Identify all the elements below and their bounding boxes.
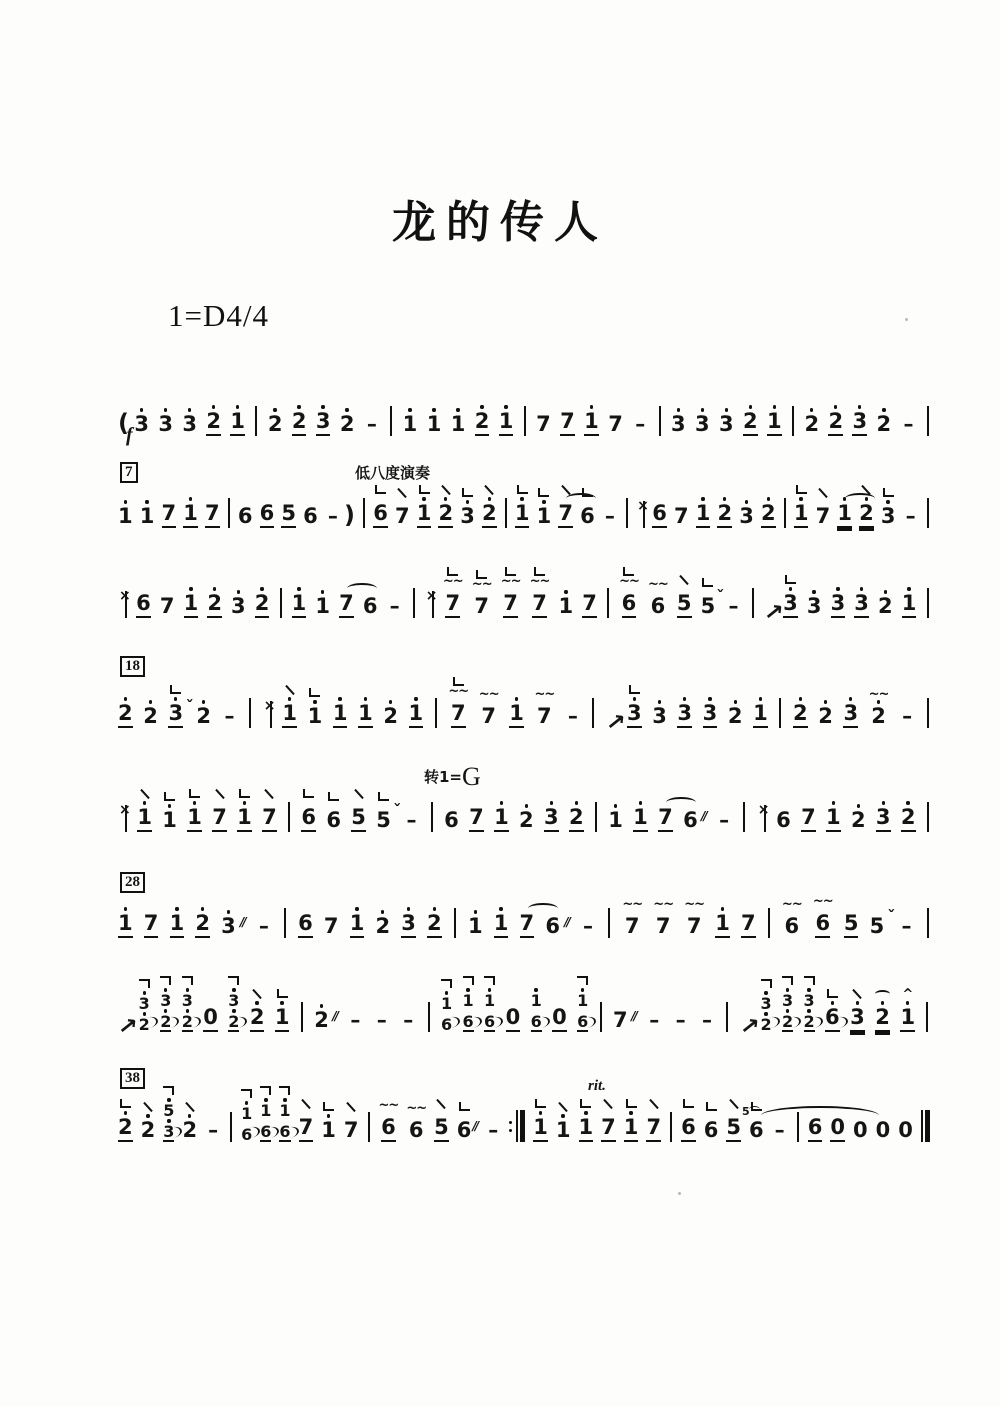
note-digit: 0 xyxy=(506,1006,521,1032)
note-digit: 2 xyxy=(141,1119,156,1142)
note-digit: 6 xyxy=(785,915,800,938)
barline xyxy=(363,498,365,528)
mark-row xyxy=(706,1093,717,1113)
note-digit: 1 xyxy=(499,410,514,436)
note-digit: 1 xyxy=(333,702,348,728)
mark-row: ~~ xyxy=(379,1090,399,1110)
note-digit: 5 xyxy=(376,809,391,832)
note-digit: 3 xyxy=(703,702,718,728)
note: 2 xyxy=(427,886,442,938)
note-digit: 3 xyxy=(221,915,236,938)
note-digit: 3 xyxy=(168,702,183,728)
note: 1 xyxy=(608,783,623,832)
mark-row xyxy=(323,1093,334,1113)
arpeggio-hook xyxy=(449,1015,461,1028)
note-digit: 2 xyxy=(878,595,893,618)
final-barline xyxy=(921,1110,930,1142)
dash-sustain: – xyxy=(374,1009,390,1032)
dash-sustain: – xyxy=(673,1009,689,1032)
note-digit: 6 xyxy=(815,912,830,938)
note: 2 xyxy=(728,679,743,728)
barline xyxy=(428,1002,430,1032)
note-digit: 6 xyxy=(238,505,253,528)
note: 2 xyxy=(804,387,819,436)
chord-stack: 32 xyxy=(182,967,193,1032)
note: ~~6 xyxy=(406,1093,426,1142)
mark-row xyxy=(120,1090,131,1110)
note: 1 xyxy=(624,1090,639,1142)
dash-glyph: – xyxy=(222,705,238,728)
chord-top-digit: 1 xyxy=(531,993,542,1008)
note: 1 xyxy=(633,780,648,832)
note-digit: 1 xyxy=(533,1116,548,1142)
note: 2 xyxy=(877,387,892,436)
note: 3 xyxy=(168,676,183,728)
mark-row xyxy=(804,967,815,987)
gou-mark xyxy=(170,685,181,694)
note-digit: 3 xyxy=(852,410,867,436)
note: ~~6 xyxy=(379,1090,399,1142)
note-digit: 3 xyxy=(719,413,734,436)
note: 1 xyxy=(409,676,424,728)
mark-row xyxy=(483,476,495,496)
mark-row xyxy=(459,1093,470,1113)
note: 5 xyxy=(376,783,391,832)
dash-glyph: – xyxy=(364,413,380,436)
note: 3 xyxy=(134,387,149,436)
mark-row xyxy=(345,1093,357,1113)
note-digit: 0 xyxy=(898,1119,913,1142)
tremolo-wavy: ~~ xyxy=(648,581,668,589)
note-digit: 1 xyxy=(358,702,373,728)
note-digit: 1 xyxy=(753,702,768,728)
barline xyxy=(626,498,628,528)
note: 6 xyxy=(457,1093,472,1142)
dash-sustain: – xyxy=(387,595,403,618)
note: 7 xyxy=(613,983,628,1032)
note-digit: 3 xyxy=(652,705,667,728)
note-digit: 1 xyxy=(624,1116,639,1142)
mark-row xyxy=(817,479,829,499)
note: 65 xyxy=(749,1093,764,1142)
note: 6 xyxy=(825,980,840,1032)
note-digit: 2 xyxy=(875,1006,890,1032)
tremolo-wavy: ~~ xyxy=(530,578,550,586)
mark-row: ~~ xyxy=(448,676,468,696)
note-digit: 2 xyxy=(482,502,497,528)
rest-note: 0 xyxy=(898,1093,913,1142)
measure-number-badge: 18 xyxy=(120,656,145,677)
note-digit: 7 xyxy=(395,505,410,528)
dash-sustain: – xyxy=(347,1009,363,1032)
mark-row xyxy=(284,676,296,696)
note: 3 xyxy=(671,387,686,436)
repeat-dots xyxy=(509,1110,512,1142)
repeat-dot xyxy=(509,1121,512,1124)
note: 6 xyxy=(260,476,275,528)
note-digit: 1 xyxy=(515,502,530,528)
note: 3 xyxy=(831,566,846,618)
note-digit: 7 xyxy=(481,705,496,728)
note-digit: 3 xyxy=(695,413,710,436)
music-line-6: 17123//–6712321176//–~~7~~7~~717~~6~~655… xyxy=(118,872,930,938)
mark-row xyxy=(163,1077,174,1097)
mark-row xyxy=(785,566,796,586)
note-digit: 7 xyxy=(558,502,573,528)
mark-row: ~~ xyxy=(501,566,521,586)
barline xyxy=(595,802,597,832)
pi-mark xyxy=(649,1099,659,1109)
chord-top-digit: 3 xyxy=(139,996,150,1011)
rest-note: 0 xyxy=(552,980,567,1032)
note-digit: 6 xyxy=(681,1116,696,1142)
note-digit: 1 xyxy=(403,413,418,436)
note-digit: 1 xyxy=(409,702,424,728)
note: ~~6 xyxy=(813,886,833,938)
note-digit: 1 xyxy=(321,1119,336,1142)
note: ~~6 xyxy=(648,569,668,618)
note-digit: 7 xyxy=(299,1116,314,1142)
note: 3 xyxy=(881,479,896,528)
note-digit: 2 xyxy=(877,413,892,436)
note-digit: 3 xyxy=(843,702,858,728)
dash-sustain: – xyxy=(602,505,618,528)
mark-row xyxy=(629,676,640,696)
note: 3 xyxy=(876,780,891,832)
note: 7 xyxy=(658,780,673,832)
mark-row xyxy=(441,970,452,990)
note-digit: 7 xyxy=(646,1116,661,1142)
dash-sustain: – xyxy=(205,1119,221,1142)
note: 1 xyxy=(494,886,509,938)
dash-glyph: – xyxy=(899,705,915,728)
note-digit: 7 xyxy=(344,1119,359,1142)
mark-row xyxy=(463,967,474,987)
note-digit: 2 xyxy=(207,592,222,618)
chord-stack: 16 xyxy=(531,967,542,1032)
dash-sustain: – xyxy=(646,1009,662,1032)
mark-row xyxy=(279,1077,290,1097)
note-digit: 6 xyxy=(580,505,595,528)
note: 3 xyxy=(652,679,667,728)
tremolo-wavy: ~~ xyxy=(472,581,492,589)
pi-mark xyxy=(485,485,495,495)
note: 7 xyxy=(299,1090,314,1142)
chord-top-digit: 1 xyxy=(260,1103,271,1118)
note-digit: 1 xyxy=(282,702,297,728)
note: 6 xyxy=(303,479,318,528)
glissando-arrow-icon: ↗ xyxy=(739,1015,760,1039)
mark-row xyxy=(189,780,200,800)
note-digit: 1 xyxy=(187,806,202,832)
note-digit: 2 xyxy=(438,502,453,528)
barline xyxy=(743,802,745,832)
chord-stack: 16 xyxy=(577,967,588,1032)
note: 3 xyxy=(854,566,869,618)
slur-arc xyxy=(528,903,558,914)
gou-mark xyxy=(303,789,314,798)
mark-row xyxy=(648,1090,660,1110)
gou-mark xyxy=(626,1099,637,1108)
gou-mark xyxy=(683,1099,694,1108)
note-digit: 2 xyxy=(118,702,133,728)
piece-title: 龙的传人 xyxy=(0,186,1000,250)
gou-mark xyxy=(323,1102,334,1111)
tremolo-wavy: ~~ xyxy=(448,688,468,696)
dash-sustain: – xyxy=(725,595,741,618)
note-digit: 1 xyxy=(350,912,365,938)
mark-row: ~~ xyxy=(530,566,550,586)
dash-glyph: – xyxy=(602,505,618,528)
chord-top-digit: 1 xyxy=(484,993,495,1008)
note: 1 xyxy=(417,476,432,528)
note: ~~7 xyxy=(448,676,468,728)
dash-sustain: – xyxy=(325,505,341,528)
note-digit: 7 xyxy=(162,502,177,528)
gou-mark xyxy=(883,488,894,497)
note: 7 xyxy=(395,479,410,528)
mark-row xyxy=(353,780,365,800)
note: 6 xyxy=(704,1093,719,1142)
dash-sustain: – xyxy=(716,809,732,832)
pi-mark xyxy=(265,789,275,799)
chord-top-digit: 1 xyxy=(279,1103,290,1118)
mark-row xyxy=(170,676,181,696)
pi-mark xyxy=(354,789,364,799)
chord-stack: 16 xyxy=(463,967,474,1032)
note: 1 xyxy=(315,569,330,618)
barline xyxy=(301,1002,303,1032)
slur-arc xyxy=(666,797,696,808)
note: 7 xyxy=(212,780,227,832)
note-digit: 1 xyxy=(900,1006,915,1032)
note: 1 xyxy=(499,384,514,436)
gou-mark xyxy=(459,1102,470,1111)
note: 3 xyxy=(158,387,173,436)
note: 2 xyxy=(901,780,916,832)
note-digit: 7 xyxy=(560,410,575,436)
modulation-prefix: 转1= xyxy=(424,768,462,786)
note: 7 xyxy=(560,384,575,436)
tremolo-wavy: ~~ xyxy=(619,578,639,586)
note-digit: 7 xyxy=(656,915,671,938)
note-digit: 2 xyxy=(250,1006,265,1032)
pi-mark xyxy=(729,1099,739,1109)
dash-sustain: – xyxy=(222,705,238,728)
chord-top-digit: 3 xyxy=(804,993,815,1008)
note-digit: 7 xyxy=(445,592,460,618)
barline-thick xyxy=(925,1110,930,1142)
note-digit: 3 xyxy=(881,505,896,528)
note-digit: 3 xyxy=(627,702,642,728)
note: 6 xyxy=(298,886,313,938)
tremolo-wavy: ~~ xyxy=(501,578,521,586)
note-digit: 1 xyxy=(608,809,623,832)
measure-number-badge: 7 xyxy=(120,462,138,483)
note-digit: 1 xyxy=(559,595,574,618)
note-digit: 7 xyxy=(144,912,159,938)
pi-mark xyxy=(252,989,262,999)
note: 7 xyxy=(520,886,535,938)
note: 2 xyxy=(292,384,307,436)
note: 1 xyxy=(230,384,245,436)
dacuo-mark xyxy=(163,1086,174,1095)
pi-mark xyxy=(558,1102,568,1112)
dash-glyph: – xyxy=(725,595,741,618)
note: 3 xyxy=(316,384,331,436)
note-digit: 7 xyxy=(451,702,466,728)
mark-row xyxy=(378,783,389,803)
mark-row xyxy=(827,980,838,1000)
note: 1 xyxy=(137,780,152,832)
chord-stack: 16 xyxy=(441,970,452,1032)
note: 5 xyxy=(844,886,859,938)
dash-glyph: – xyxy=(400,1009,416,1032)
dash-sustain: – xyxy=(404,809,420,832)
mark-row: ~~ xyxy=(479,679,499,699)
note-digit: 7 xyxy=(687,915,702,938)
slur-arc xyxy=(347,583,377,594)
note-digit: 7 xyxy=(801,806,816,832)
mark-row xyxy=(241,1080,252,1100)
note: 1 xyxy=(515,476,530,528)
note: 2 xyxy=(182,1093,197,1142)
note: 2 xyxy=(314,983,329,1032)
sheet-music-page: 龙的传人 1=D4/4 (333212232–111217717–3332122… xyxy=(0,0,1000,1406)
dash-glyph: – xyxy=(404,809,420,832)
note-digit: 6 xyxy=(260,502,275,528)
note-digit: 0 xyxy=(203,1006,218,1032)
mark-row xyxy=(484,967,495,987)
mark-row xyxy=(535,1090,546,1110)
note: 2 xyxy=(818,679,833,728)
note-digit: 3 xyxy=(850,1006,865,1032)
slide-down-mark: ˇ xyxy=(716,587,724,606)
barline xyxy=(230,1112,232,1142)
dash-glyph: – xyxy=(716,809,732,832)
note: 1 xyxy=(187,780,202,832)
note: 2 xyxy=(195,886,210,938)
note-digit: 1 xyxy=(494,912,509,938)
note: 7 xyxy=(160,569,175,618)
barline xyxy=(228,498,230,528)
modulation-key: G xyxy=(462,762,481,791)
dash-glyph: – xyxy=(673,1009,689,1032)
note: 5 xyxy=(701,569,716,618)
note-digit: 1 xyxy=(468,915,483,938)
pi-mark xyxy=(853,989,863,999)
note-digit: 1 xyxy=(794,502,809,528)
dash-sustain: – xyxy=(565,705,581,728)
note: ~~7 xyxy=(684,889,704,938)
note-digit: 1 xyxy=(715,912,730,938)
note: 2 xyxy=(375,889,390,938)
barline xyxy=(255,406,257,436)
barline xyxy=(927,802,929,832)
note-digit: 1 xyxy=(170,912,185,938)
dacuo-mark xyxy=(160,976,171,985)
barline xyxy=(927,588,929,618)
arpeggio-hook xyxy=(790,1015,802,1028)
note-digit: 1 xyxy=(275,1006,290,1032)
dacuo-mark xyxy=(484,976,495,985)
gou-mark xyxy=(580,1099,591,1108)
mark-row xyxy=(251,980,263,1000)
pi-mark xyxy=(398,488,408,498)
note-digit: 3 xyxy=(231,595,246,618)
gou-mark xyxy=(785,575,796,584)
note: 1 xyxy=(794,476,809,528)
chord-top-digit: 3 xyxy=(182,993,193,1008)
mark-row xyxy=(875,980,890,1000)
measure-number-badge: 38 xyxy=(120,1068,145,1089)
note: 1 xyxy=(468,889,483,938)
chord-stack: 32 xyxy=(139,970,150,1032)
dacuo-mark xyxy=(804,976,815,985)
note-digit: 1 xyxy=(184,592,199,618)
tremolo-slashes: // xyxy=(240,915,245,929)
note: 2 xyxy=(383,679,398,728)
note-digit: 3 xyxy=(831,592,846,618)
note: ~~7 xyxy=(534,679,554,728)
note: 2 xyxy=(761,476,776,528)
note: 1 xyxy=(292,566,307,618)
note-digit: 2 xyxy=(206,410,221,436)
gou-mark xyxy=(706,1102,717,1111)
note: 3 xyxy=(460,479,475,528)
note: 1 xyxy=(183,476,198,528)
gou-mark xyxy=(629,685,640,694)
dash-sustain: – xyxy=(899,705,915,728)
gou-mark xyxy=(419,485,430,494)
slide-down-mark: ˇ xyxy=(186,697,194,716)
barline xyxy=(927,908,929,938)
note-digit: 6 xyxy=(303,505,318,528)
pi-mark xyxy=(215,789,225,799)
mark-row xyxy=(300,1090,312,1110)
dash-sustain: – xyxy=(485,1119,501,1142)
note: 2 xyxy=(141,1093,156,1142)
huazhi-icon xyxy=(263,701,277,728)
mark-row xyxy=(142,1093,154,1113)
note-digit: 2 xyxy=(143,705,158,728)
note: 3 xyxy=(852,384,867,436)
note: 6 xyxy=(301,780,316,832)
note-digit: 2 xyxy=(519,809,534,832)
barline xyxy=(670,1112,672,1142)
chord-top-digit: 3 xyxy=(228,993,239,1008)
note-digit: 5 xyxy=(844,912,859,938)
note-digit: 7 xyxy=(674,505,689,528)
barline xyxy=(431,802,433,832)
note: ~~7 xyxy=(622,889,642,938)
dash-glyph: – xyxy=(580,915,596,938)
note-digit: 6 xyxy=(363,595,378,618)
mark-row xyxy=(160,967,171,987)
dash-glyph: – xyxy=(903,505,919,528)
note: 3 xyxy=(703,676,718,728)
dash-sustain: – xyxy=(899,915,915,938)
gou-mark xyxy=(538,488,549,497)
gou-mark xyxy=(309,688,320,697)
note: 3 xyxy=(695,387,710,436)
note: 2 xyxy=(828,384,843,436)
note: 1 xyxy=(403,387,418,436)
note-digit: 2 xyxy=(859,502,874,528)
arc-mark xyxy=(875,990,890,998)
annotation-text: 转1=G xyxy=(424,762,481,792)
note-digit: 7 xyxy=(503,592,518,618)
